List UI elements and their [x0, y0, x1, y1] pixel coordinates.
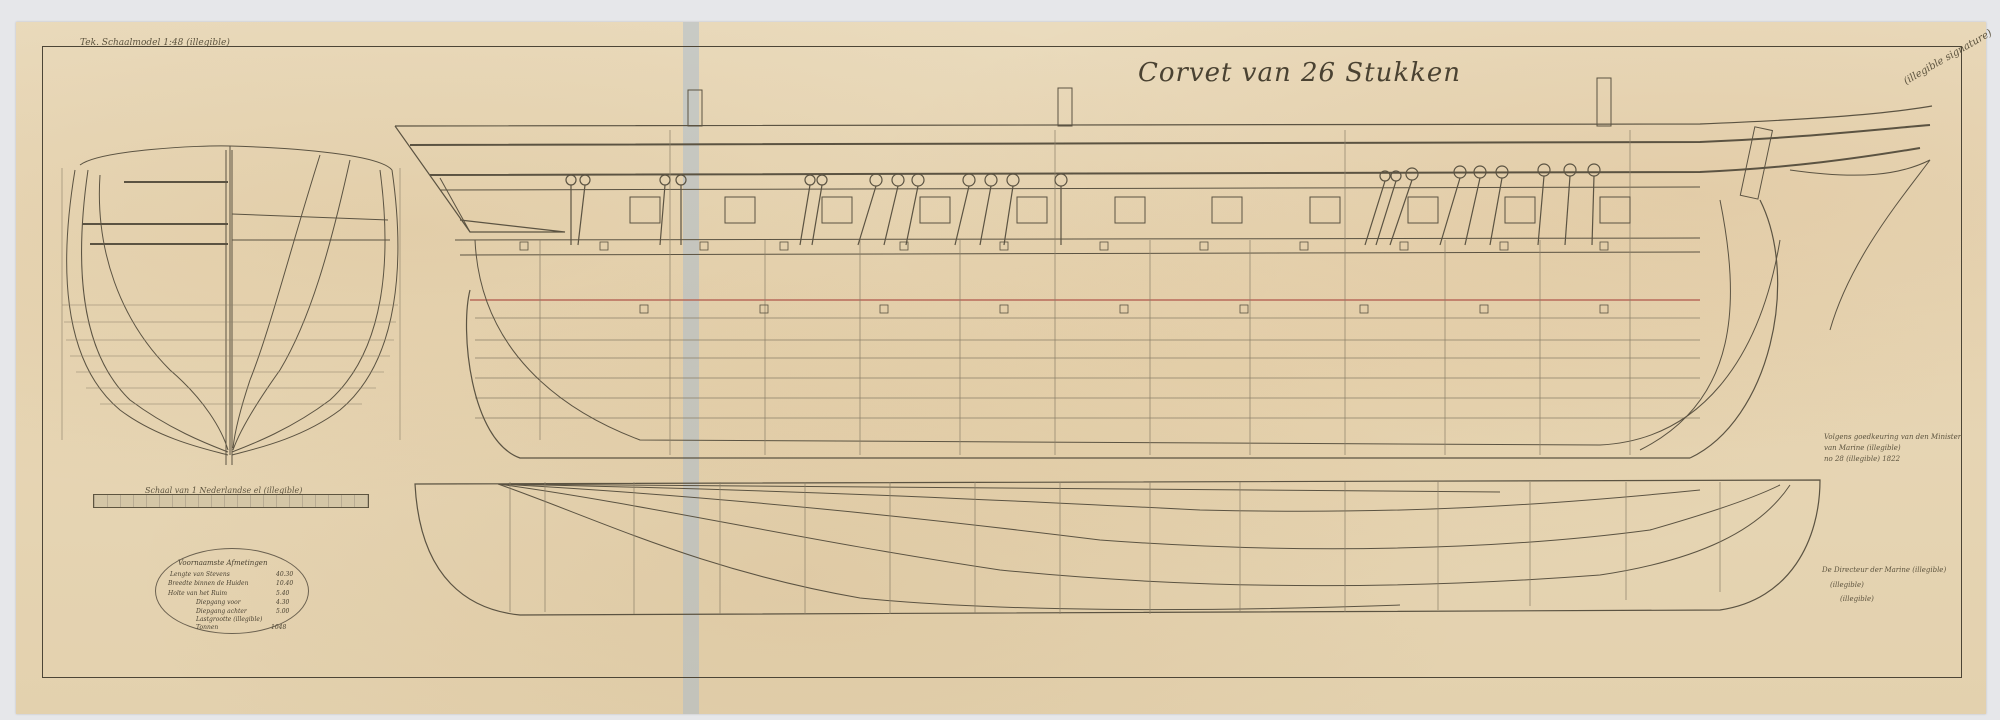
legend-row-label: Lengte van Stevens — [170, 571, 230, 578]
legend-row-value: 5.00 — [276, 608, 289, 615]
legend-row-value: 10.40 — [276, 580, 293, 587]
approval-note-line: van Marine (illegible) — [1824, 443, 1901, 454]
dimensions-legend: Voornaamste Afmetingen Lengte van Steven… — [155, 548, 309, 634]
legend-row-value: 5.40 — [276, 590, 289, 597]
gun-ports — [630, 197, 1630, 223]
legend-row-label: Diepgang voor — [196, 599, 241, 606]
approval-note-line: Volgens goedkeuring van den Minister — [1824, 432, 1961, 443]
chain-plates — [566, 164, 1600, 245]
legend-row-label: Tonnen — [196, 624, 218, 631]
sheer-plan — [395, 78, 1932, 458]
scale-bar — [93, 494, 369, 508]
legend-row-value: 4.30 — [276, 599, 289, 606]
signature-line: (illegible) — [1830, 580, 1864, 591]
approval-note-line: no 28 (illegible) 1822 — [1824, 454, 1900, 465]
legend-row-label: Holte van het Ruim — [168, 590, 227, 597]
half-breadth-plan — [415, 480, 1820, 615]
legend-row-value: 40.30 — [276, 571, 293, 578]
signature-line: (illegible) — [1840, 594, 1874, 605]
ship-plan-drawing — [0, 0, 2000, 720]
legend-row-label: Lastgrootte (illegible) — [196, 616, 262, 623]
mast-stubs — [688, 78, 1772, 199]
legend-row-value: 1048 — [271, 624, 286, 631]
legend-row-label: Diepgang achter — [196, 608, 247, 615]
legend-title: Voornaamste Afmetingen — [178, 559, 267, 567]
signature-line: De Directeur der Marine (illegible) — [1822, 565, 1946, 576]
legend-row-label: Breedte binnen de Huiden — [168, 580, 248, 587]
body-plan — [62, 146, 400, 465]
